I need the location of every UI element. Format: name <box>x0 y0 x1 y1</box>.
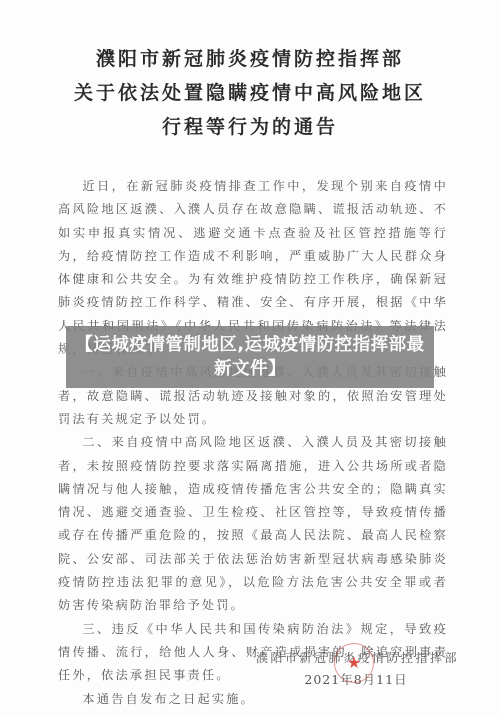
official-seal-icon: ★ <box>334 643 374 683</box>
title-line-2: 关于依法处置隐瞒疫情中高风险地区 <box>0 76 500 110</box>
document-page: 濮阳市新冠肺炎疫情防控指挥部 关于依法处置隐瞒疫情中高风险地区 行程等行为的通告… <box>0 0 500 715</box>
paragraph-effective: 本通告自发布之日起实施。 <box>58 688 448 711</box>
document-title: 濮阳市新冠肺炎疫情防控指挥部 关于依法处置隐瞒疫情中高风险地区 行程等行为的通告 <box>0 42 500 144</box>
overlay-title: 【运城疫情管制地区,运城疫情防控指挥部最新文件】 <box>66 333 434 381</box>
paragraph-item-2: 二、来自疫情中高风险地区返濮、入濮人员及其密切接触者，未按照疫情防控要求落实隔离… <box>58 431 448 617</box>
title-overlay-banner: 【运城疫情管制地区,运城疫情防控指挥部最新文件】 <box>66 326 434 388</box>
title-line-1: 濮阳市新冠肺炎疫情防控指挥部 <box>0 42 500 76</box>
star-icon: ★ <box>347 655 361 671</box>
title-line-3: 行程等行为的通告 <box>0 110 500 144</box>
document-body: 近日，在新冠肺炎疫情排查工作中，发现个别来自疫情中高风险地区返濮、入濮人员存在故… <box>58 175 448 711</box>
